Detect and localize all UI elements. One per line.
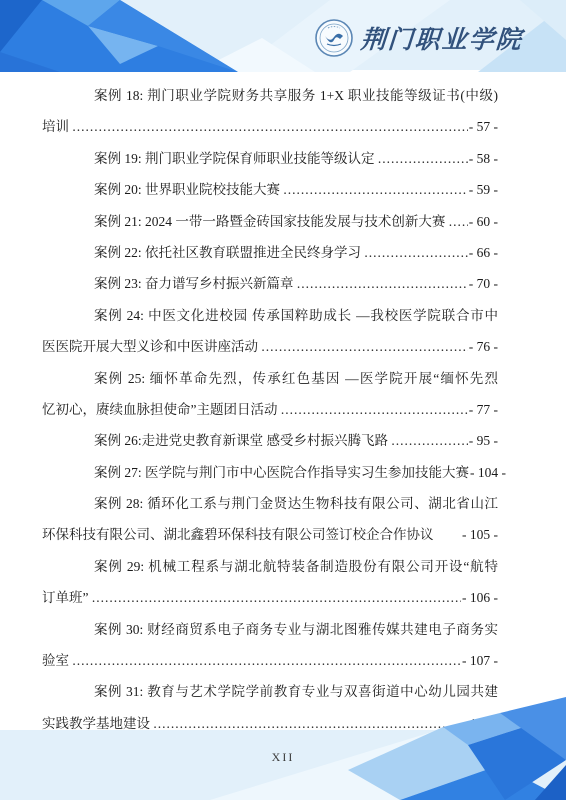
toc-entry-text: 案例 18: 荆门职业学院财务共享服务 1+X 职业技能等级证书(中级) [94,88,498,103]
dot-leader: ........................................… [378,143,468,174]
toc-line: 案例 29: 机械工程系与湖北航特装备制造股份有限公司开设“航特 [42,551,498,582]
toc-entry-text: 案例 26:走进党史教育新课堂 感受乡村振兴腾飞路 [94,425,391,456]
toc-page-number: - 58 - [468,143,498,174]
toc-entry-text: 医医院开展大型义诊和中医讲座活动 [42,331,261,362]
toc-line: 验室 .....................................… [42,645,498,676]
dot-leader: ........................................… [72,645,461,676]
toc-entry-text: 案例 29: 机械工程系与湖北航特装备制造股份有限公司开设“航特 [94,559,498,574]
document-page: 荆门职业学院 案例 18: 荆门职业学院财务共享服务 1+X 职业技能等级证书(… [0,0,566,800]
toc-page-number: - 60 - [468,206,498,237]
toc-line: 案例 22: 依托社区教育联盟推进全民终身学习 ................… [42,237,498,268]
school-logo: 荆门职业学院 [314,17,523,59]
toc-line: 忆初心，赓续血脉担使命”主题团日活动 .....................… [42,394,498,425]
dot-leader: ........................................… [449,206,468,237]
toc-line: 医医院开展大型义诊和中医讲座活动 .......................… [42,331,498,362]
toc-line: 案例 26:走进党史教育新课堂 感受乡村振兴腾飞路 ..............… [42,425,498,456]
toc-line: 案例 20: 世界职业院校技能大赛 ......................… [42,174,498,205]
toc-page-number: - 66 - [468,237,498,268]
footer-band [0,695,566,800]
toc-entry-text: 忆初心，赓续血脉担使命”主题团日活动 [42,394,281,425]
toc-page-number: - 70 - [468,268,498,299]
toc-entry-text: 验室 [42,645,72,676]
toc-line: 培训 .....................................… [42,111,498,142]
dot-leader: ........................................… [283,174,467,205]
dot-leader: ........................................… [364,237,467,268]
toc-page-number: - 104 - [469,457,506,488]
toc-entry-text: 案例 30: 财经商贸系电子商务专业与湖北图雅传媒共建电子商务实 [94,622,498,637]
toc-page-number: - 105 - [461,519,498,550]
toc-line: 订单班” ...................................… [42,582,498,613]
toc-line: 案例 21: 2024 一带一路暨金砖国家技能发展与技术创新大赛 .......… [42,206,498,237]
toc-entry-text: 案例 22: 依托社区教育联盟推进全民终身学习 [94,237,364,268]
toc-page-number: - 77 - [468,394,498,425]
toc-page-number: - 107 - [461,645,498,676]
toc-entry-text: 培训 [42,111,72,142]
dot-leader: ........................................… [92,582,461,613]
footer-polygon-decoration [0,695,566,800]
toc-line: 案例 30: 财经商贸系电子商务专业与湖北图雅传媒共建电子商务实 [42,614,498,645]
toc-entry-text: 案例 24: 中医文化进校园 传承国粹助成长 —我校医学院联合市中 [94,308,498,323]
toc-entry-text: 案例 20: 世界职业院校技能大赛 [94,174,283,205]
school-seal-icon [314,18,354,58]
toc-entry-text: 案例 28: 循环化工系与荆门金贤达生物科技有限公司、湖北省山江 [94,496,498,511]
toc-entry-text: 案例 27: 医学院与荆门市中心医院合作指导实习生参加技能大赛 [94,457,469,488]
toc-entry-text: 案例 25: 缅怀革命先烈，传承红色基因 —医学院开展“缅怀先烈 [94,371,498,386]
table-of-contents: 案例 18: 荆门职业学院财务共享服务 1+X 职业技能等级证书(中级)培训 .… [42,80,498,739]
dot-leader: ........................................… [72,111,467,142]
toc-page-number: - 57 - [468,111,498,142]
toc-entry-text: 案例 21: 2024 一带一路暨金砖国家技能发展与技术创新大赛 [94,206,449,237]
dot-leader: ........................................… [281,394,468,425]
toc-entry-text: 环保科技有限公司、湖北鑫碧环保科技有限公司签订校企合作协议 [42,519,434,550]
toc-page-number: - 95 - [468,425,498,456]
dot-leader: ........................................… [297,268,468,299]
toc-line: 案例 19: 荆门职业学院保育师职业技能等级认定 ...............… [42,143,498,174]
toc-line: 案例 27: 医学院与荆门市中心医院合作指导实习生参加技能大赛.........… [42,457,498,488]
toc-page-number: - 76 - [468,331,498,362]
toc-entry-text: 订单班” [42,582,92,613]
toc-page-number: - 106 - [461,582,498,613]
toc-line: 案例 18: 荆门职业学院财务共享服务 1+X 职业技能等级证书(中级) [42,80,498,111]
toc-line: 环保科技有限公司、湖北鑫碧环保科技有限公司签订校企合作协议...........… [42,519,498,550]
page-number: XII [0,750,566,765]
toc-line: 案例 23: 奋力谱写乡村振兴新篇章 .....................… [42,268,498,299]
toc-line: 案例 28: 循环化工系与荆门金贤达生物科技有限公司、湖北省山江 [42,488,498,519]
dot-leader: ........................................… [391,425,467,456]
toc-entry-text: 案例 23: 奋力谱写乡村振兴新篇章 [94,268,297,299]
school-name-calligraphy: 荆门职业学院 [360,20,525,56]
header-band: 荆门职业学院 [0,0,566,72]
toc-entry-text: 案例 19: 荆门职业学院保育师职业技能等级认定 [94,143,378,174]
toc-page-number: - 59 - [468,174,498,205]
toc-line: 案例 24: 中医文化进校园 传承国粹助成长 —我校医学院联合市中 [42,300,498,331]
toc-line: 案例 25: 缅怀革命先烈，传承红色基因 —医学院开展“缅怀先烈 [42,363,498,394]
dot-leader: ........................................… [261,331,467,362]
